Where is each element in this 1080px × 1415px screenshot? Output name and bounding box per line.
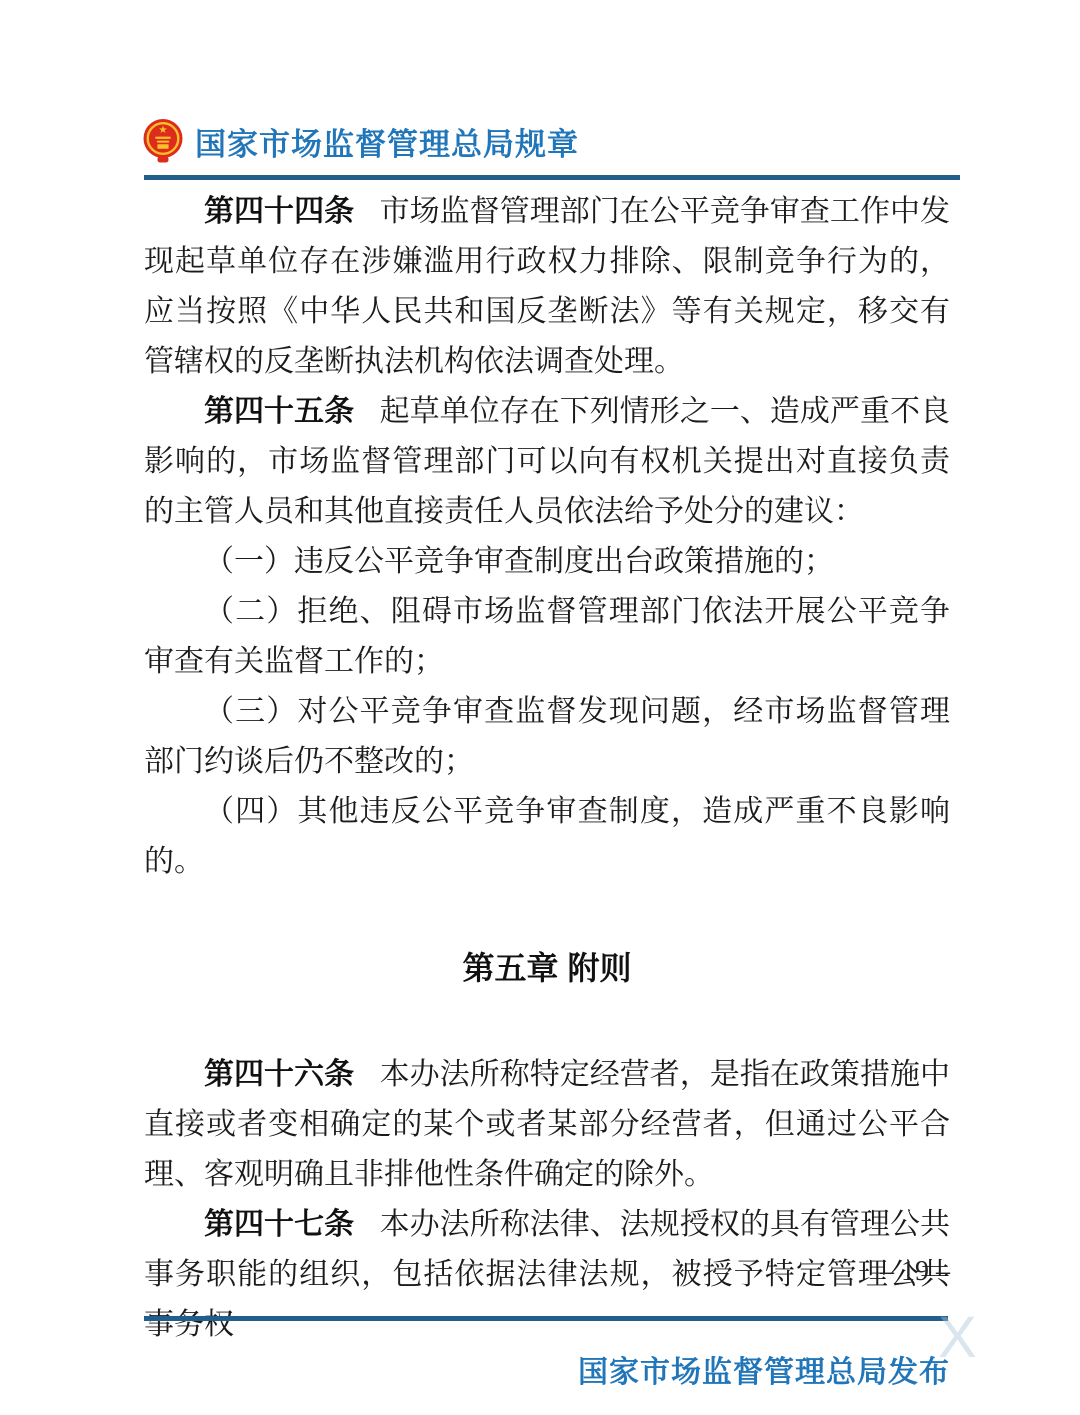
item-3-text: （三）对公平竞争审查监督发现问题，经市场监督管理部门约谈后仍不整改的； xyxy=(144,695,950,778)
article-46-paragraph: 第四十六条本办法所称特定经营者，是指在政策措施中直接或者变相确定的某个或者某部分… xyxy=(144,1050,950,1200)
document-body: 第四十四条市场监督管理部门在公平竞争审查工作中发现起草单位存在涉嫌滥用行政权力排… xyxy=(144,187,950,1350)
document-header: 国家市场监督管理总局规章 xyxy=(142,118,579,164)
article-47-paragraph: 第四十七条本办法所称法律、法规授权的具有管理公共事务职能的组织，包括依据法律法规… xyxy=(144,1200,950,1350)
article-44-paragraph: 第四十四条市场监督管理部门在公平竞争审查工作中发现起草单位存在涉嫌滥用行政权力排… xyxy=(144,187,950,387)
item-4-text: （四）其他违反公平竞争审查制度，造成严重不良影响的。 xyxy=(144,795,950,878)
footer-divider-rule xyxy=(144,1316,948,1321)
footer-publisher: 国家市场监督管理总局发布 xyxy=(578,1352,950,1394)
article-45-number: 第四十五条 xyxy=(204,395,354,428)
document-page: 国家市场监督管理总局规章 第四十四条市场监督管理部门在公平竞争审查工作中发现起草… xyxy=(0,0,1080,1415)
article-44-number: 第四十四条 xyxy=(204,195,354,228)
item-2-text: （二）拒绝、阻碍市场监督管理部门依法开展公平竞争审查有关监督工作的； xyxy=(144,595,950,678)
item-1-text: （一）违反公平竞争审查制度出台政策措施的； xyxy=(204,545,834,578)
page-number: – 19 – xyxy=(880,1252,950,1292)
article-45-item-1: （一）违反公平竞争审查制度出台政策措施的； xyxy=(144,537,950,587)
header-divider-rule xyxy=(144,175,960,180)
chapter-5-heading: 第五章 附则 xyxy=(144,943,950,993)
article-45-item-3: （三）对公平竞争审查监督发现问题，经市场监督管理部门约谈后仍不整改的； xyxy=(144,687,950,787)
china-national-emblem-icon xyxy=(142,118,184,164)
article-45-item-4: （四）其他违反公平竞争审查制度，造成严重不良影响的。 xyxy=(144,787,950,887)
article-45-paragraph: 第四十五条起草单位存在下列情形之一、造成严重不良影响的，市场监督管理部门可以向有… xyxy=(144,387,950,537)
article-47-number: 第四十七条 xyxy=(204,1208,354,1241)
article-45-item-2: （二）拒绝、阻碍市场监督管理部门依法开展公平竞争审查有关监督工作的； xyxy=(144,587,950,687)
article-46-number: 第四十六条 xyxy=(204,1058,354,1091)
header-title: 国家市场监督管理总局规章 xyxy=(195,119,579,164)
